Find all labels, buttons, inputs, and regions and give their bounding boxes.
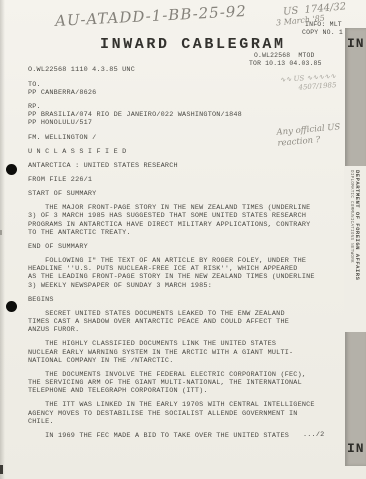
article-paragraph-3: THE DOCUMENTS INVOLVE THE FEDERAL ELECTR… [28, 371, 340, 396]
underlying-page-text-bottom: IN [347, 441, 365, 456]
routing-fm-line: FM. WELLINGTON / [28, 134, 96, 142]
article-paragraph-5: IN 1969 THE FEC MADE A BID TO TAKE OVER … [28, 432, 340, 440]
article-paragraph-1: SECRET UNITED STATES DOCUMENTS LEAKED TO… [28, 310, 340, 335]
underlying-page-text-top: IN [347, 36, 365, 51]
start-of-summary-line: START OF SUMMARY [28, 190, 340, 198]
department-name-vertical: DEPARTMENT OF FOREIGN AFFAIRS [354, 170, 361, 332]
subject-line: ANTARCTICA : UNITED STATES RESEARCH [28, 162, 340, 170]
department-label-band: DEPARTMENT OF FOREIGN AFFAIRS DIPLOMATIC… [344, 166, 366, 332]
file-reference-line: FROM FILE 226/1 [28, 176, 340, 184]
handwritten-archive-ref: AU-ATADD-1-BB-25-92 [55, 2, 248, 30]
page-continuation-marker: .../2 [303, 431, 324, 439]
routing-to-line: PP CANBERRA/8626 [28, 89, 96, 97]
hole-punch-bottom [6, 301, 17, 312]
begins-line: BEGINS [28, 296, 340, 304]
scan-artifact-mark [0, 465, 3, 474]
handwritten-query-note: Any official US reaction ? [276, 122, 342, 149]
classification-line: U N C L A S S I F I E D [28, 148, 340, 156]
scan-artifact-mark [0, 230, 2, 235]
article-paragraph-2: THE HIGHLY CLASSIFIED DOCUMENTS LINK THE… [28, 340, 340, 365]
stamp-tor-line: TOR 10.13 04.03.85 [249, 60, 322, 68]
summary-paragraph: THE MAJOR FRONT-PAGE STORY IN THE NEW ZE… [28, 204, 340, 237]
scanned-cablegram-page: AU-ATADD-1-BB-25-92 US 1744/32 3 March '… [0, 0, 366, 479]
handwritten-faint-note: ∿∿ US ∿∿∿∿∿ 4507/1985 [279, 72, 336, 94]
article-paragraph-4: THE ITT WAS LINKED IN THE EARLY 1970S WI… [28, 401, 340, 426]
message-header-line: O.WL22568 1110 4.3.85 UNC [28, 66, 135, 74]
routing-rp-line2: PP HONOLULU/517 [28, 119, 92, 127]
message-body: U N C L A S S I F I E D ANTARCTICA : UNI… [28, 148, 340, 446]
cablegram-title: INWARD CABLEGRAM [100, 36, 286, 53]
copy-number-line: COPY NO. 1 [302, 29, 343, 37]
hole-punch-top [6, 164, 17, 175]
article-intro-paragraph: FOLLOWING I" THE TEXT OF AN ARTICLE BY R… [28, 257, 340, 290]
end-of-summary-line: END OF SUMMARY [28, 243, 340, 251]
network-name-vertical: DIPLOMATIC COMMUNICATIONS NETWORK [349, 170, 353, 332]
